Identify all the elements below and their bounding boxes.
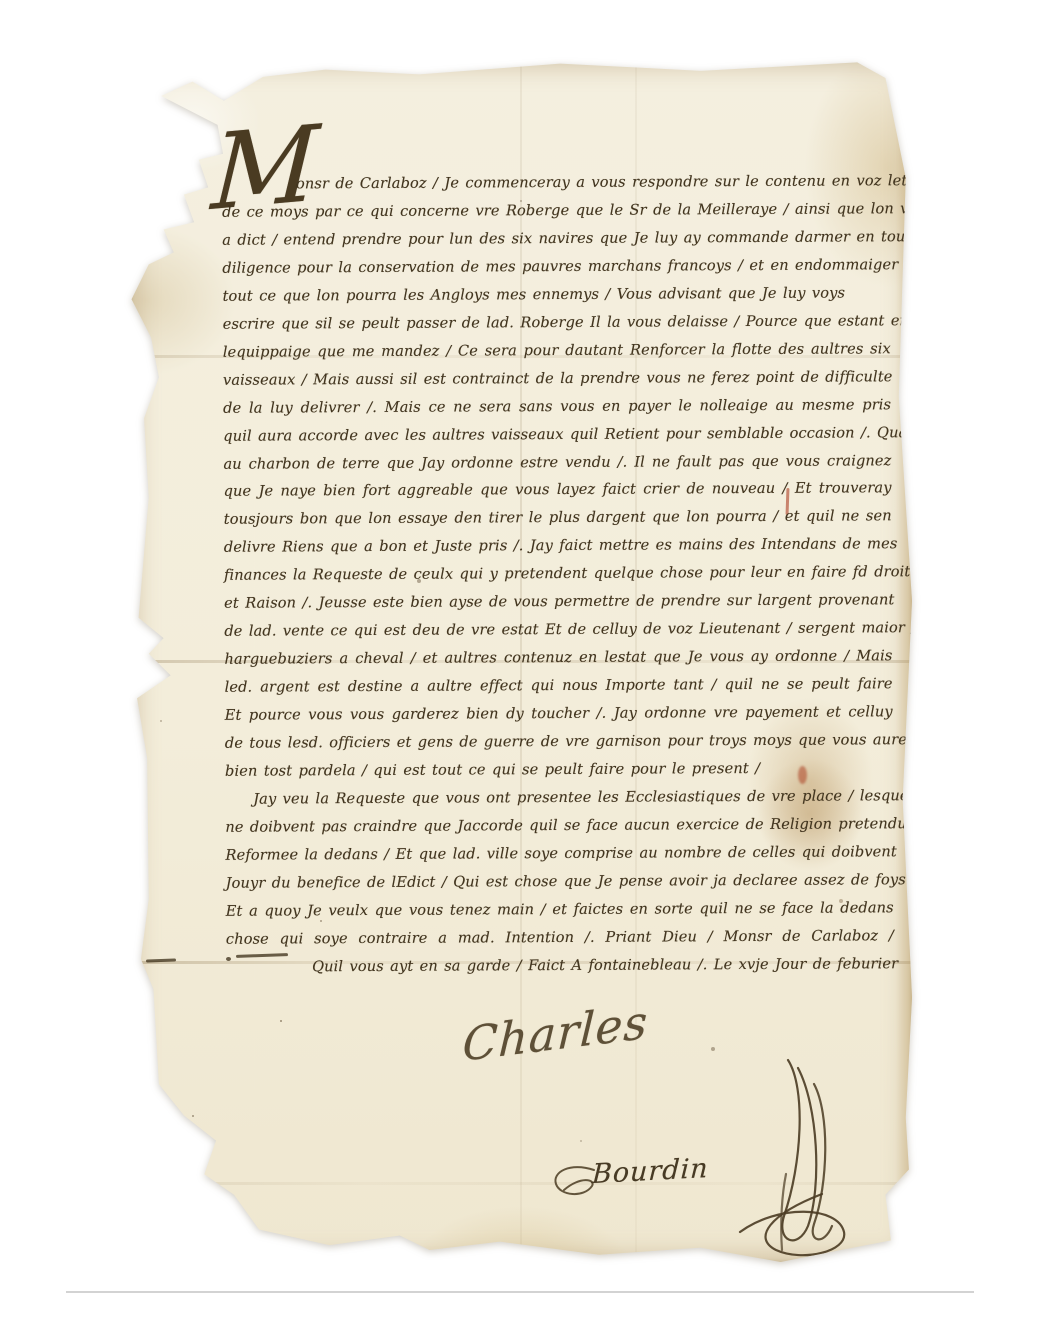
manuscript-line: diligence pour la conservation de mes pa… [222, 251, 890, 282]
manuscript-line: led. argent est destine a aultre effect … [225, 670, 893, 701]
signature-swash-flourish [550, 1160, 596, 1208]
manuscript-line: de la luy delivrer /. Mais ce ne sera sa… [223, 391, 891, 422]
manuscript-line: de ce moys par ce qui concerne vre Rober… [222, 195, 890, 226]
manuscript-paper: M onsr de Carlaboz / Je commenceray a vo… [130, 60, 912, 1262]
royal-signature: Charles [461, 994, 652, 1072]
manuscript-line: et Raison /. Jeusse este bien ayse de vo… [224, 587, 892, 618]
manuscript-line: Et pource vous vous garderez bien dy tou… [225, 698, 893, 729]
manuscript-line: chose qui soye contraire a mad. Intentio… [226, 922, 894, 953]
manuscript-line: Jay veu la Requeste que vous ont present… [225, 782, 893, 813]
manuscript-line: onsr de Carlaboz / Je commenceray a vous… [222, 167, 890, 198]
manuscript-line: au charbon de terre que Jay ordonne estr… [223, 447, 891, 478]
manuscript-line: lequippaige que me mandez / Ce sera pour… [223, 335, 891, 366]
manuscript-line: que Je naye bien fort aggreable que vous… [223, 475, 891, 506]
manuscript-line: vaisseaux / Mais aussi sil est contrainc… [223, 363, 891, 394]
manuscript-line: de tous lesd. officiers et gens de guerr… [225, 726, 893, 757]
ink-specks [280, 1020, 282, 1022]
manuscript-line: Quil vous ayt en sa garde / Faict A font… [226, 950, 894, 981]
manuscript-line: bien tost pardela / qui est tout ce qui … [225, 754, 893, 785]
manuscript-line: Et a quoy Je veulx que vous tenez main /… [226, 894, 894, 925]
manuscript-line: delivre Riens que a bon et Juste pris /.… [224, 531, 892, 562]
manuscript-line: Reformee la dedans / Et que lad. ville s… [225, 838, 893, 869]
manuscript-line: de lad. vente ce qui est deu de vre esta… [224, 615, 892, 646]
manuscript-line: escrire que sil se peult passer de lad. … [223, 307, 891, 338]
manuscript-line: Jouyr du benefice de lEdict / Qui est ch… [226, 866, 894, 897]
manuscript-line: tousjours bon que lon essaye den tirer l… [224, 503, 892, 534]
letter-body: onsr de Carlaboz / Je commenceray a vous… [222, 167, 894, 981]
manuscript-paper-wrap: M onsr de Carlaboz / Je commenceray a vo… [130, 60, 912, 1262]
manuscript-line: a dict / entend prendre pour lun des six… [222, 223, 890, 254]
manuscript-line: quil aura accorde avec les aultres vaiss… [223, 419, 891, 450]
manuscript-line: tout ce que lon pourra les Angloys mes e… [222, 279, 890, 310]
manuscript-line: harguebuziers a cheval / et aultres cont… [224, 642, 892, 673]
photo-of-manuscript: M onsr de Carlaboz / Je commenceray a vo… [0, 0, 1040, 1338]
manuscript-line: finances la Requeste de ceulx qui y pret… [224, 559, 892, 590]
bottom-divider [66, 1291, 974, 1293]
secretary-signature: Bourdin [591, 1153, 709, 1190]
manuscript-line: ne doibvent pas craindre que Jaccorde qu… [225, 810, 893, 841]
secretary-paraph-flourish [726, 1054, 856, 1268]
